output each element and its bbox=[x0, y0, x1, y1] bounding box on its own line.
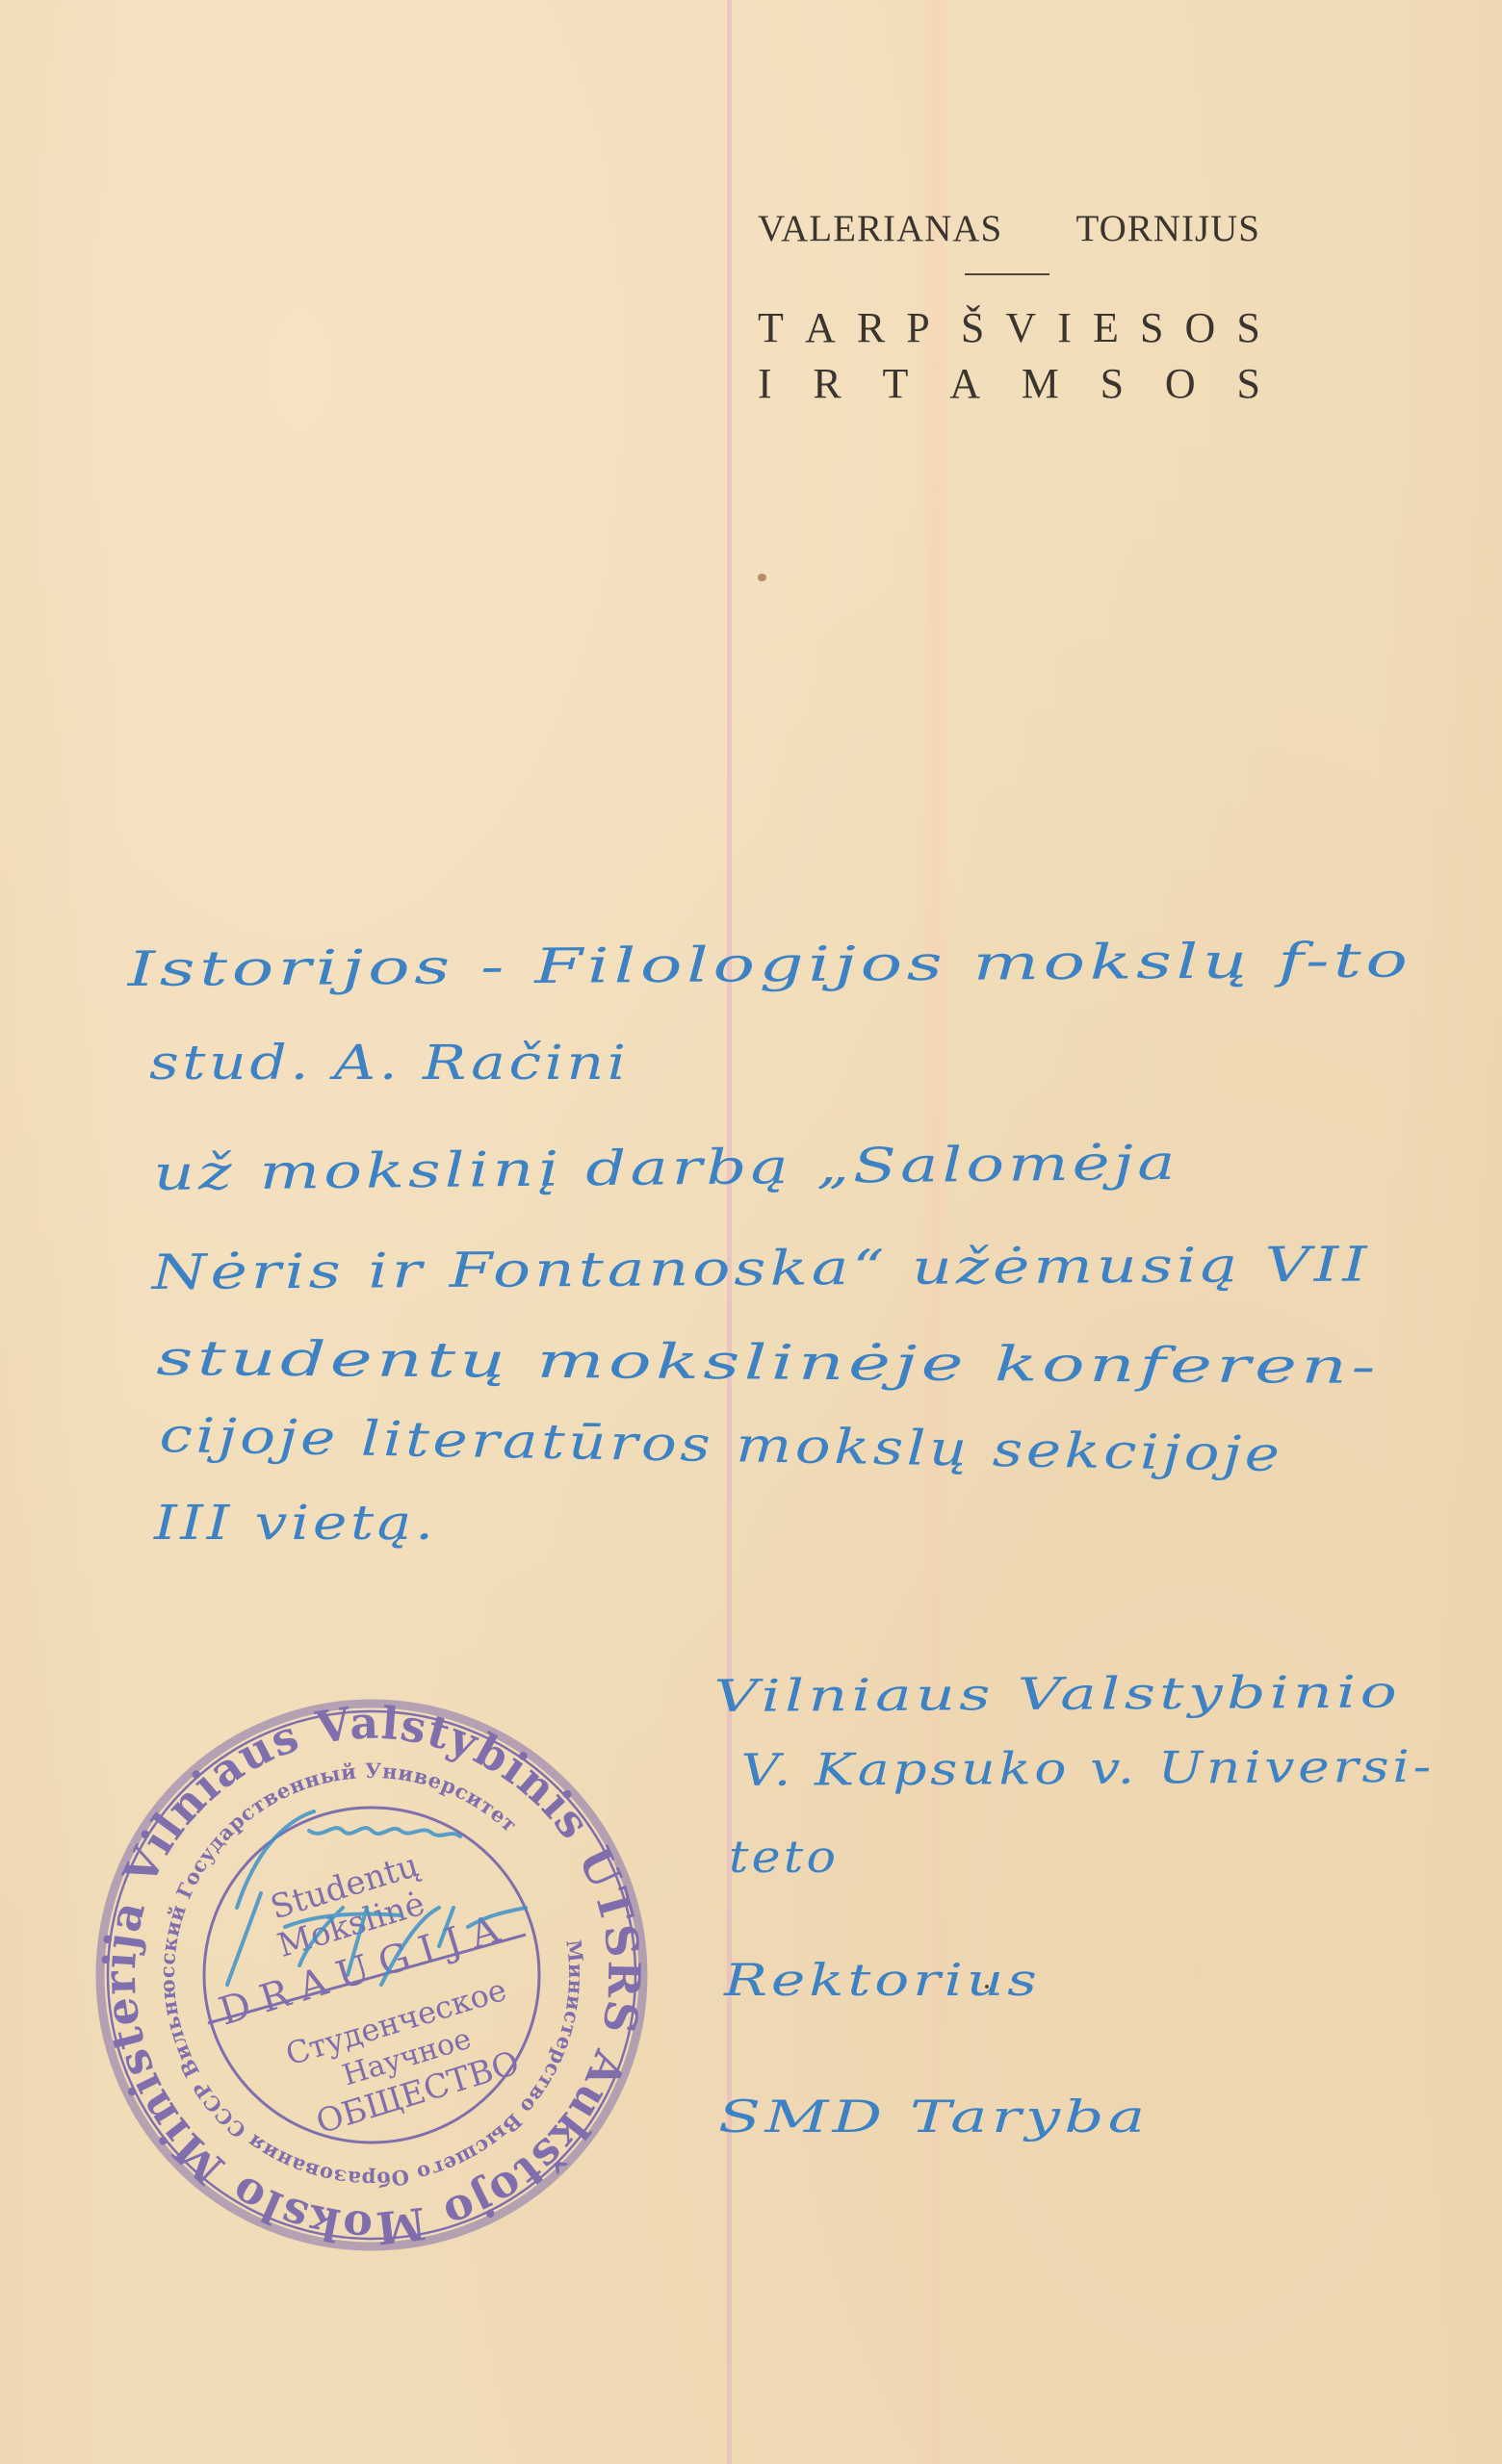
title-letter: E bbox=[1093, 300, 1119, 356]
title-letter: S bbox=[1236, 300, 1259, 356]
inscription-line-1: Istorijos - Filologijos mokslų f-to bbox=[127, 932, 1412, 997]
title-letter: R bbox=[813, 356, 841, 412]
inscription-line-4: Nėris ir Fontanoska“ užėmusią VII bbox=[151, 1237, 1371, 1300]
title-letter: I bbox=[1057, 300, 1072, 356]
title-letter: P bbox=[906, 300, 929, 356]
title-letter: I bbox=[758, 356, 772, 412]
title-letter: M bbox=[1022, 356, 1059, 412]
inscription-line-6: cijoje literatūros mokslų sekcijoje bbox=[159, 1407, 1283, 1482]
inscription-line-3: už mokslinį darbą „Salomėja bbox=[153, 1135, 1179, 1201]
inscription-line-2: stud. A. Račini bbox=[149, 1035, 630, 1091]
title-letter: S bbox=[1140, 300, 1163, 356]
title-letter: S bbox=[1101, 356, 1124, 412]
printed-title-block: VALERIANAS TORNIJUS T A R P Š V I E S O … bbox=[758, 206, 1260, 412]
title-separator-rule bbox=[965, 273, 1049, 275]
signature-line-3: teto bbox=[729, 1831, 839, 1883]
title-letter: A bbox=[805, 300, 836, 356]
inscription-line-5: studentų mokslinėje konferen- bbox=[156, 1330, 1380, 1395]
title-letter: Š bbox=[961, 300, 984, 356]
title-letter: T bbox=[883, 356, 909, 412]
author-first-name: VALERIANAS bbox=[758, 206, 1002, 252]
stamp-graphic: TSRS Aukštojo Mokslo Ministerija Vilniau… bbox=[92, 1696, 651, 2254]
title-letter: O bbox=[1165, 356, 1196, 412]
book-title-line-2: I R T A M S O S bbox=[758, 356, 1260, 412]
title-letter: A bbox=[949, 356, 980, 412]
signature-line-2: V. Kapsuko v. Universi- bbox=[741, 1740, 1435, 1796]
title-letter: V bbox=[1005, 300, 1036, 356]
university-round-stamp: TSRS Aukštojo Mokslo Ministerija Vilniau… bbox=[92, 1696, 651, 2254]
title-letter: S bbox=[1236, 356, 1259, 412]
book-title-line-1: T A R P Š V I E S O S bbox=[758, 300, 1260, 356]
signature-line-5: SMD Taryba bbox=[718, 2091, 1149, 2143]
title-letter: R bbox=[857, 300, 885, 356]
signature-line-4: Rektorius bbox=[724, 1954, 1041, 2006]
title-letter: O bbox=[1185, 300, 1216, 356]
inscription-line-7: III vietą. bbox=[154, 1495, 437, 1551]
title-letter: T bbox=[758, 300, 784, 356]
paper-speck bbox=[758, 574, 766, 581]
author-name: VALERIANAS TORNIJUS bbox=[758, 206, 1260, 252]
author-last-name: TORNIJUS bbox=[1076, 206, 1260, 252]
signature-line-1: Vilniaus Valstybinio bbox=[713, 1665, 1401, 1722]
